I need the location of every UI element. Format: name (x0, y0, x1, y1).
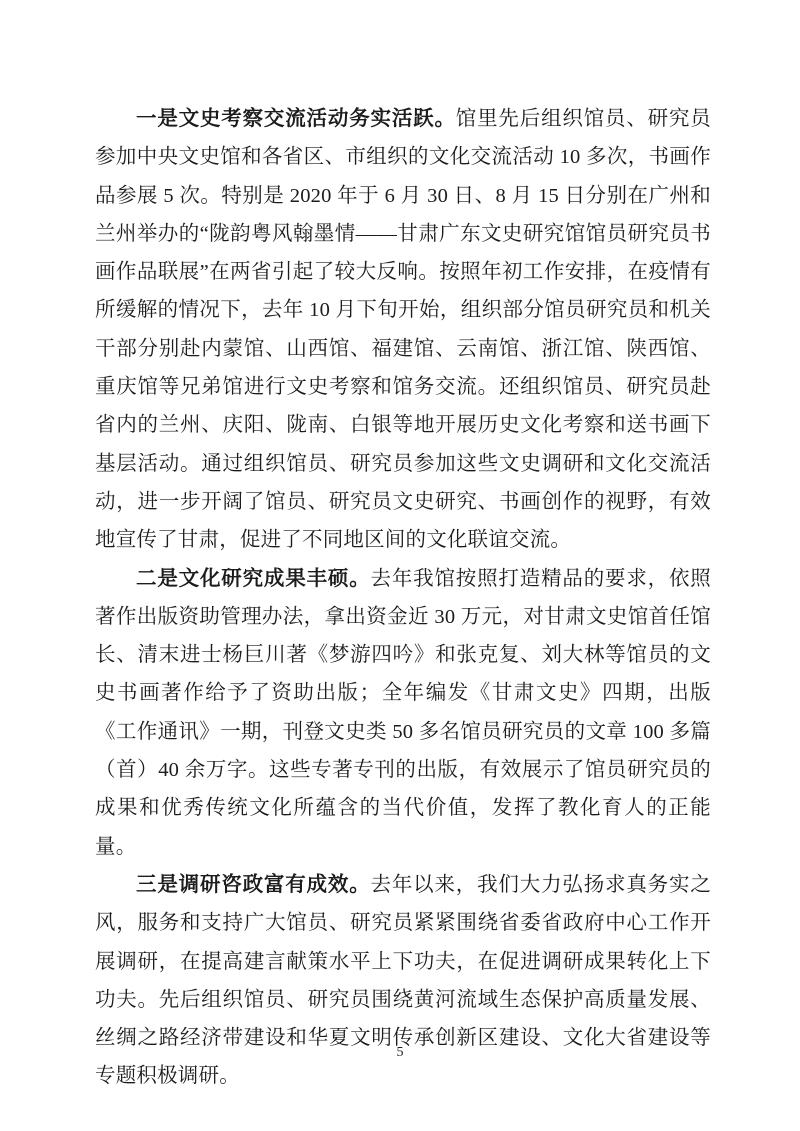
paragraph-3: 三是调研咨政富有成效。去年以来，我们大力弘扬求真务实之风，服务和支持广大馆员、研… (95, 866, 711, 1096)
paragraph-2-text: 去年我馆按照打造精品的要求，依照著作出版资助管理办法，拿出资金近 30 万元，对… (95, 568, 711, 858)
paragraph-2: 二是文化研究成果丰硕。去年我馆按照打造精品的要求，依照著作出版资助管理办法，拿出… (95, 560, 711, 866)
paragraph-1: 一是文史考察交流活动务实活跃。馆里先后组织馆员、研究员参加中央文史馆和各省区、市… (95, 100, 711, 560)
page-footer: 5 (0, 1043, 800, 1061)
paragraph-1-text: 馆里先后组织馆员、研究员参加中央文史馆和各省区、市组织的文化交流活动 10 多次… (95, 108, 711, 551)
document-page: 一是文史考察交流活动务实活跃。馆里先后组织馆员、研究员参加中央文史馆和各省区、市… (0, 0, 800, 1131)
paragraph-2-heading: 二是文化研究成果丰硕。 (136, 568, 371, 590)
document-body: 一是文史考察交流活动务实活跃。馆里先后组织馆员、研究员参加中央文史馆和各省区、市… (95, 100, 711, 1096)
paragraph-1-heading: 一是文史考察交流活动务实活跃。 (136, 108, 456, 130)
paragraph-3-heading: 三是调研咨政富有成效。 (136, 874, 371, 896)
page-number: 5 (397, 1045, 404, 1060)
